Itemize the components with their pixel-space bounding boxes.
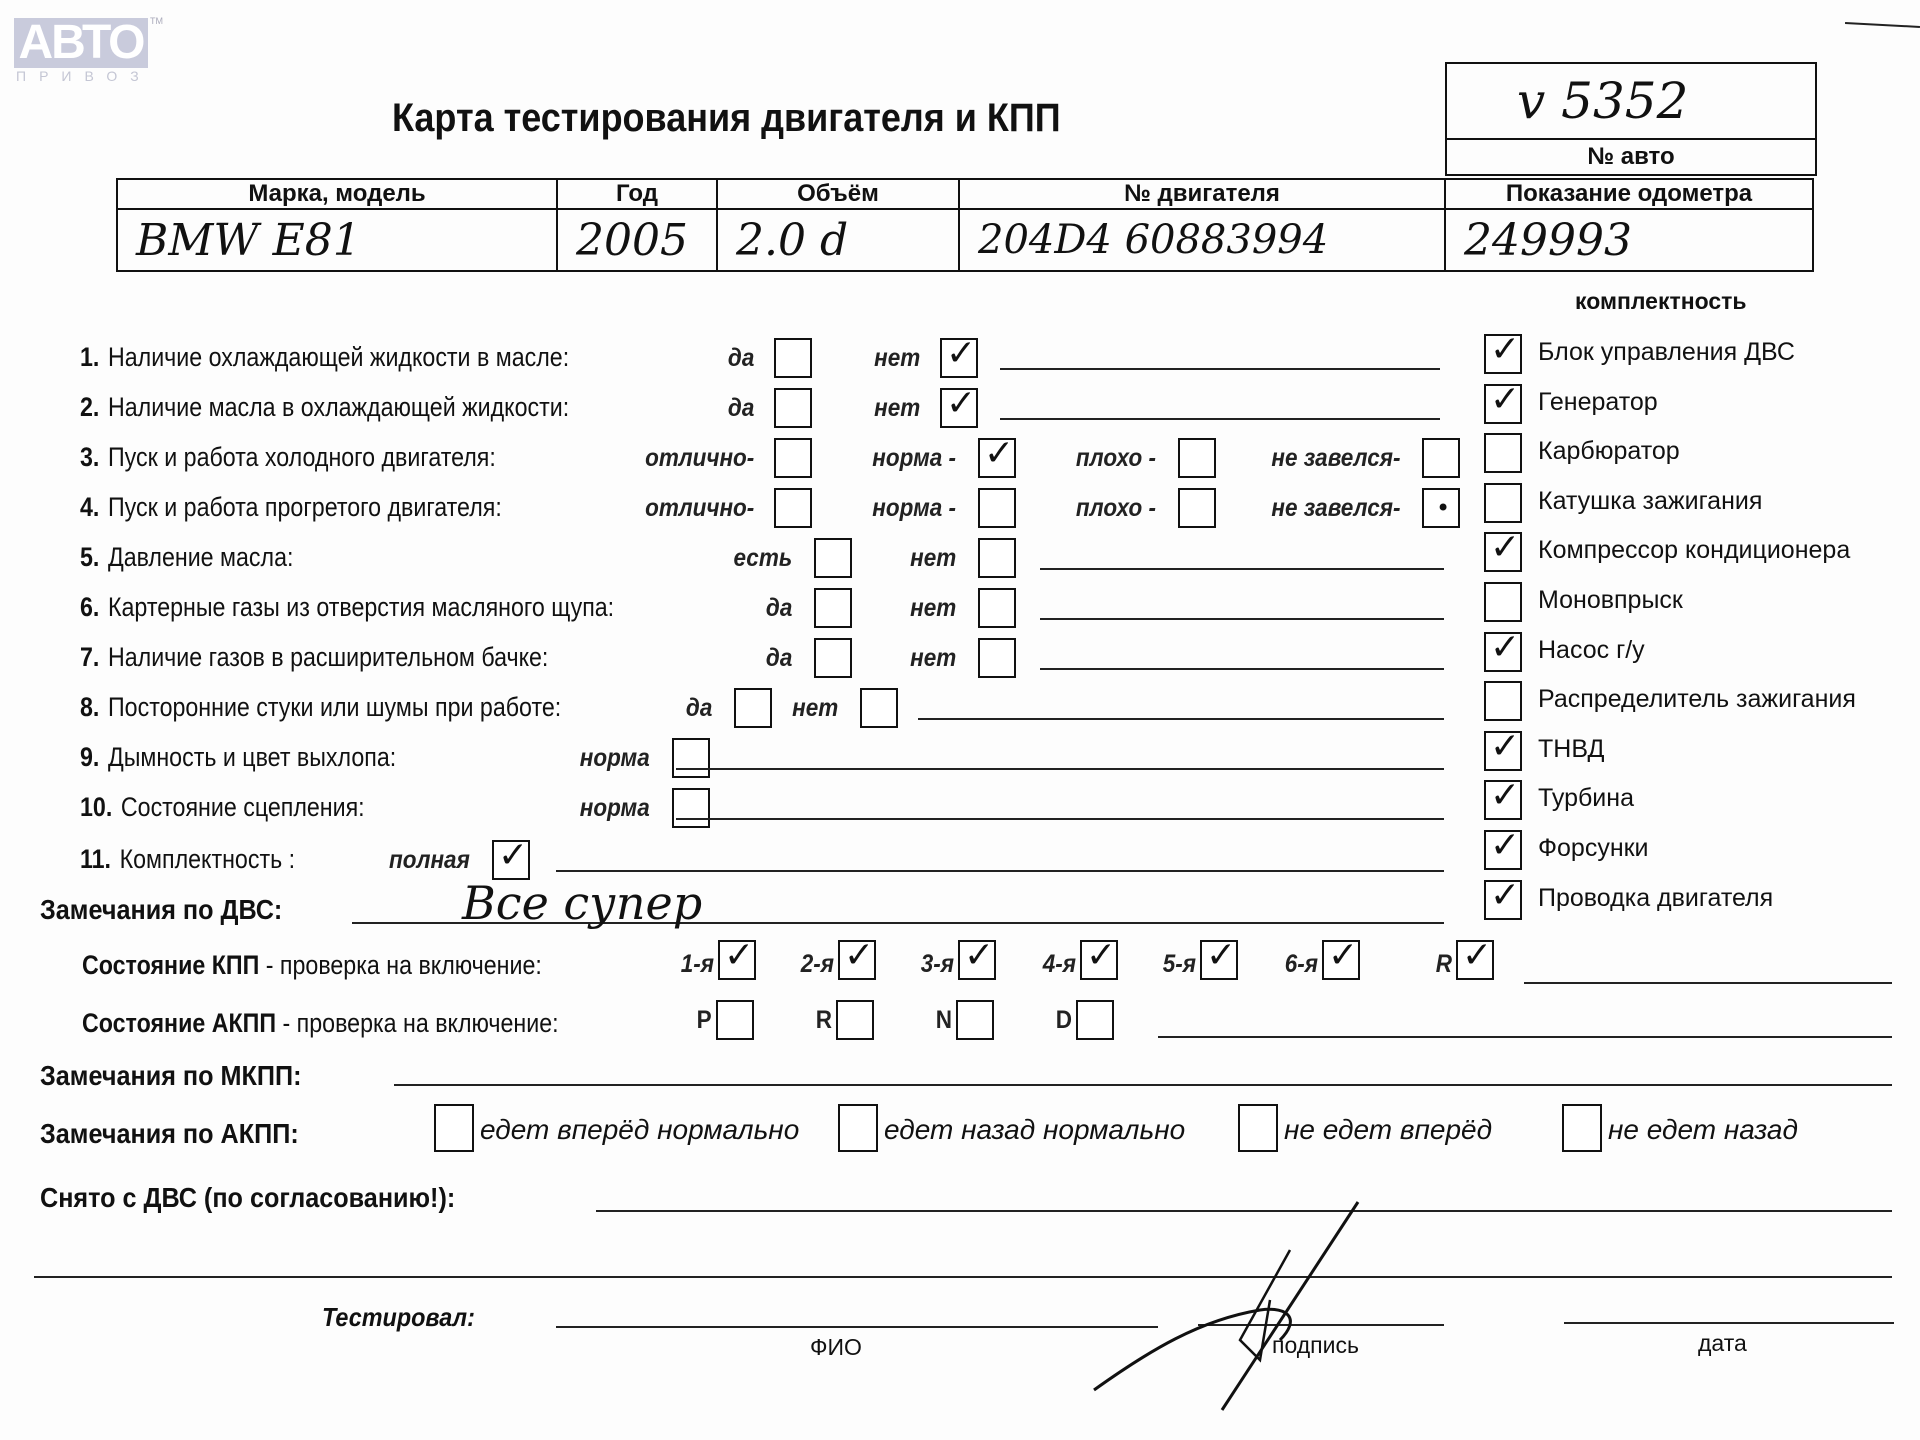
completeness-checkbox[interactable]: ✓	[1484, 880, 1522, 920]
option-label: нет	[792, 694, 838, 723]
checklist-notes-line[interactable]	[556, 870, 1444, 872]
option-label: плохо -	[1076, 444, 1156, 473]
option-checkbox[interactable]: ✓	[940, 338, 978, 378]
option-checkbox[interactable]: ✓	[978, 438, 1016, 478]
akpp-position-label: N	[936, 1006, 952, 1035]
option-checkbox[interactable]	[774, 438, 812, 478]
option-label: плохо -	[1076, 494, 1156, 523]
checklist-number: 2.	[80, 392, 99, 422]
logo-trademark: TM	[150, 16, 163, 26]
option-label: да	[766, 644, 792, 673]
checklist-question: Картерные газы из отверстия масляного щу…	[108, 592, 614, 622]
checklist-number: 5.	[80, 542, 99, 572]
akpp-position-checkbox[interactable]	[836, 1000, 874, 1040]
option-checkbox[interactable]	[978, 588, 1016, 628]
fio-field[interactable]	[556, 1326, 1158, 1328]
checklist-number: 8.	[80, 692, 99, 722]
col-header-year: Год	[557, 179, 717, 209]
checklist-question: Пуск и работа прогретого двигателя:	[108, 492, 502, 522]
auto-gearbox-label-bold: Состояние АКПП	[82, 1008, 276, 1038]
akpp-remark-label: едет вперёд нормально	[480, 1114, 799, 1146]
completeness-item-label: Генератор	[1538, 388, 1658, 417]
completeness-checkbox[interactable]	[1484, 433, 1522, 473]
checkmark-icon: ✓	[984, 434, 1014, 474]
checkmark-icon: ✓	[498, 836, 528, 876]
gear-checkbox[interactable]: ✓	[1080, 940, 1118, 980]
completeness-checkbox[interactable]: ✓	[1484, 830, 1522, 870]
checklist-item: 2.Наличие масла в охлаждающей жидкости:	[80, 392, 569, 423]
option-label: не завелся-	[1271, 494, 1400, 523]
option-checkbox[interactable]	[672, 738, 710, 778]
checkmark-icon: ✓	[1490, 776, 1520, 816]
col-header-engine-number: № двигателя	[959, 179, 1445, 209]
checklist-notes-line[interactable]	[1000, 368, 1440, 370]
removed-parts-field-line2[interactable]	[34, 1276, 1892, 1278]
akpp-remark-label: едет назад нормально	[884, 1114, 1185, 1146]
completeness-checkbox[interactable]: ✓	[1484, 632, 1522, 672]
auto-number-label: № авто	[1447, 140, 1815, 174]
gear-label: 1-я	[681, 950, 714, 979]
gear-checkbox[interactable]: ✓	[1200, 940, 1238, 980]
checkmark-icon: ✓	[1490, 826, 1520, 866]
checklist-notes-line[interactable]	[1040, 668, 1444, 670]
checklist-question: Состояние сцепления:	[121, 792, 365, 822]
akpp-position-checkbox[interactable]	[956, 1000, 994, 1040]
checklist-number: 6.	[80, 592, 99, 622]
akpp-remark-label: не едет вперёд	[1284, 1114, 1492, 1146]
akpp-position-label: D	[1056, 1006, 1072, 1035]
gear-label: 2-я	[801, 950, 834, 979]
completeness-item-label: Карбюратор	[1538, 437, 1680, 466]
col-header-odometer: Показание одометра	[1445, 179, 1813, 209]
decorative-stroke	[1845, 22, 1920, 28]
checkmark-icon: ✓	[1086, 936, 1116, 976]
gear-checkbox[interactable]: ✓	[1322, 940, 1360, 980]
checkmark-icon: ✓	[1490, 330, 1520, 370]
checklist-number: 1.	[80, 342, 99, 372]
checkmark-icon: ✓	[1490, 628, 1520, 668]
completeness-checkbox[interactable]: ✓	[1484, 334, 1522, 374]
checklist-item: 6.Картерные газы из отверстия масляного …	[80, 592, 614, 623]
checklist-item: 7.Наличие газов в расширительном бачке:	[80, 642, 548, 673]
checklist-notes-line[interactable]	[1040, 618, 1444, 620]
avto-privoz-logo: АВТО	[14, 18, 148, 68]
checklist-item: 9.Дымность и цвет выхлопа:	[80, 742, 396, 773]
option-label: отлично-	[645, 494, 754, 523]
checklist-item: 10.Состояние сцепления:	[80, 792, 365, 823]
option-label: да	[686, 694, 712, 723]
option-checkbox[interactable]	[978, 638, 1016, 678]
checkmark-icon: ✓	[946, 334, 976, 374]
option-label: норма -	[872, 494, 956, 523]
completeness-checkbox[interactable]	[1484, 681, 1522, 721]
option-label: не завелся-	[1271, 444, 1400, 473]
option-label: норма	[580, 794, 650, 823]
option-checkbox[interactable]	[1422, 438, 1460, 478]
checklist-notes-line[interactable]	[1040, 568, 1444, 570]
option-label: нет	[874, 394, 920, 423]
completeness-item-label: Моновпрыск	[1538, 586, 1683, 615]
manual-gearbox-label-rest: - проверка на включение:	[259, 950, 542, 980]
akpp-position-label: R	[816, 1006, 832, 1035]
checklist-item: 11.Комплектность :	[80, 844, 295, 875]
fio-caption: ФИО	[810, 1334, 862, 1361]
logo-subtitle: ПРИВОЗ	[16, 68, 152, 84]
checklist-number: 9.	[80, 742, 99, 772]
option-checkbox[interactable]	[774, 488, 812, 528]
option-label: есть	[733, 544, 792, 573]
option-label: норма	[580, 744, 650, 773]
option-label: полная	[389, 846, 470, 875]
akpp-remark-label: не едет назад	[1608, 1114, 1798, 1146]
option-checkbox[interactable]: •	[1422, 488, 1460, 528]
option-label: норма -	[872, 444, 956, 473]
checklist-question: Наличие масла в охлаждающей жидкости:	[108, 392, 569, 422]
completeness-item-label: Проводка двигателя	[1538, 884, 1773, 913]
option-checkbox[interactable]	[814, 588, 852, 628]
checkmark-icon: ✓	[1490, 380, 1520, 420]
checkmark-icon: ✓	[1490, 876, 1520, 916]
checklist-question: Посторонние стуки или шумы при работе:	[108, 692, 561, 722]
checklist-question: Дымность и цвет выхлопа:	[108, 742, 396, 772]
completeness-item-label: Компрессор кондиционера	[1538, 536, 1850, 565]
gear-label: 3-я	[921, 950, 954, 979]
option-checkbox[interactable]	[814, 638, 852, 678]
checklist-item: 5.Давление масла:	[80, 542, 293, 573]
engine-remarks-label: Замечания по ДВС:	[40, 894, 282, 926]
checklist-item: 4.Пуск и работа прогретого двигателя:	[80, 492, 502, 523]
checklist-notes-line[interactable]	[676, 768, 1444, 770]
checkmark-icon: ✓	[1490, 727, 1520, 767]
option-label: да	[766, 594, 792, 623]
checklist-number: 3.	[80, 442, 99, 472]
manual-gearbox-label: Состояние КПП - проверка на включение:	[82, 950, 542, 981]
option-checkbox[interactable]	[734, 688, 772, 728]
engine-remarks-field[interactable]: Все супер	[462, 876, 702, 930]
option-checkbox[interactable]	[1178, 488, 1216, 528]
removed-parts-label: Снято с ДВС (по согласованию!):	[40, 1182, 455, 1214]
odometer-field[interactable]: 249993	[1445, 209, 1813, 271]
volume-field[interactable]: 2.0 d	[717, 209, 959, 271]
option-checkbox[interactable]	[1178, 438, 1216, 478]
checklist-item: 8.Посторонние стуки или шумы при работе:	[80, 692, 561, 723]
gear-checkbox[interactable]: ✓	[958, 940, 996, 980]
year-field[interactable]: 2005	[557, 209, 717, 271]
signature-scribble	[1090, 1200, 1370, 1420]
date-field[interactable]	[1564, 1322, 1894, 1324]
option-checkbox[interactable]	[978, 538, 1016, 578]
manual-gearbox-label-bold: Состояние КПП	[82, 950, 259, 980]
dot-mark-icon: •	[1436, 488, 1450, 528]
checkmark-icon: ✓	[1462, 936, 1492, 976]
checklist-number: 10.	[80, 792, 112, 822]
option-label: нет	[910, 594, 956, 623]
mkpp-remarks-label: Замечания по МКПП:	[40, 1060, 302, 1092]
option-label: отлично-	[645, 444, 754, 473]
completeness-item-label: Турбина	[1538, 784, 1634, 813]
gear-label: 5-я	[1163, 950, 1196, 979]
checklist-item: 1.Наличие охлаждающей жидкости в масле:	[80, 342, 569, 373]
mkpp-remarks-field[interactable]	[394, 1084, 1892, 1086]
option-label: да	[728, 394, 754, 423]
akpp-remarks-label: Замечания по АКПП:	[40, 1118, 299, 1150]
completeness-checkbox[interactable]: ✓	[1484, 731, 1522, 771]
checklist-number: 7.	[80, 642, 99, 672]
checkmark-icon: ✓	[1490, 528, 1520, 568]
checkmark-icon: ✓	[724, 936, 754, 976]
completeness-checkbox[interactable]	[1484, 582, 1522, 622]
engine-number-field[interactable]: 204D4 60883994	[959, 209, 1445, 271]
col-header-make-model: Марка, модель	[117, 179, 557, 209]
option-checkbox[interactable]	[672, 788, 710, 828]
auto-number-box: v 5352 № авто	[1445, 62, 1817, 176]
completeness-item-label: Блок управления ДВС	[1538, 338, 1795, 367]
checklist-question: Пуск и работа холодного двигателя:	[108, 442, 496, 472]
checklist-number: 11.	[80, 844, 111, 874]
checklist-question: Наличие газов в расширительном бачке:	[108, 642, 548, 672]
option-checkbox[interactable]: ✓	[492, 840, 530, 880]
checklist-question: Наличие охлаждающей жидкости в масле:	[108, 342, 569, 372]
akpp-remark-checkbox[interactable]	[1562, 1104, 1602, 1152]
gear-label: 4-я	[1043, 950, 1076, 979]
make-model-field[interactable]: BMW E81	[117, 209, 557, 271]
checklist-notes-line[interactable]	[676, 818, 1444, 820]
auto-gearbox-label: Состояние АКПП - проверка на включение:	[82, 1008, 559, 1039]
checklist-notes-line[interactable]	[1000, 418, 1440, 420]
gear-checkbox[interactable]: ✓	[1456, 940, 1494, 980]
akpp-position-checkbox[interactable]	[716, 1000, 754, 1040]
page-title: Карта тестирования двигателя и КПП	[392, 96, 1061, 141]
completeness-checkbox[interactable]: ✓	[1484, 384, 1522, 424]
checklist-notes-line[interactable]	[918, 718, 1444, 720]
akpp-position-checkbox[interactable]	[1076, 1000, 1114, 1040]
vehicle-info-table: Марка, модель Год Объём № двигателя Пока…	[116, 178, 1814, 272]
completeness-item-label: ТНВД	[1538, 735, 1604, 764]
tested-by-label: Тестировал:	[322, 1302, 475, 1333]
completeness-item-label: Насос г/у	[1538, 636, 1645, 665]
option-checkbox[interactable]	[978, 488, 1016, 528]
completeness-item-label: Катушка зажигания	[1538, 487, 1762, 516]
akpp-remark-checkbox[interactable]	[434, 1104, 474, 1152]
checkmark-icon: ✓	[844, 936, 874, 976]
option-label: нет	[910, 644, 956, 673]
option-checkbox[interactable]	[814, 538, 852, 578]
auto-gearbox-label-rest: - проверка на включение:	[276, 1008, 559, 1038]
option-label: нет	[910, 544, 956, 573]
auto-number-value[interactable]: v 5352	[1447, 64, 1815, 140]
checkmark-icon: ✓	[1206, 936, 1236, 976]
manual-gearbox-notes-line	[1524, 982, 1892, 984]
completeness-checkbox[interactable]: ✓	[1484, 532, 1522, 572]
checklist-question: Давление масла:	[108, 542, 293, 572]
option-label: нет	[874, 344, 920, 373]
option-label: да	[728, 344, 754, 373]
akpp-remark-checkbox[interactable]	[1238, 1104, 1278, 1152]
checklist-question: Комплектность :	[120, 844, 295, 874]
gear-label: R	[1436, 950, 1452, 979]
gear-label: 6-я	[1285, 950, 1318, 979]
completeness-checkbox[interactable]: ✓	[1484, 780, 1522, 820]
col-header-volume: Объём	[717, 179, 959, 209]
checkmark-icon: ✓	[964, 936, 994, 976]
gear-checkbox[interactable]: ✓	[718, 940, 756, 980]
option-checkbox[interactable]	[774, 388, 812, 428]
checklist-item: 3.Пуск и работа холодного двигателя:	[80, 442, 496, 473]
gear-checkbox[interactable]: ✓	[838, 940, 876, 980]
auto-gearbox-notes-line	[1158, 1036, 1892, 1038]
akpp-position-label: P	[697, 1006, 712, 1035]
akpp-remark-checkbox[interactable]	[838, 1104, 878, 1152]
date-caption: дата	[1698, 1330, 1747, 1357]
option-checkbox[interactable]: ✓	[940, 388, 978, 428]
option-checkbox[interactable]	[774, 338, 812, 378]
option-checkbox[interactable]	[860, 688, 898, 728]
completeness-item-label: Форсунки	[1538, 834, 1649, 863]
completeness-item-label: Распределитель зажигания	[1538, 685, 1856, 714]
checkmark-icon: ✓	[1328, 936, 1358, 976]
completeness-heading: комплектность	[1575, 288, 1747, 315]
checklist-number: 4.	[80, 492, 99, 522]
completeness-checkbox[interactable]	[1484, 483, 1522, 523]
checkmark-icon: ✓	[946, 384, 976, 424]
